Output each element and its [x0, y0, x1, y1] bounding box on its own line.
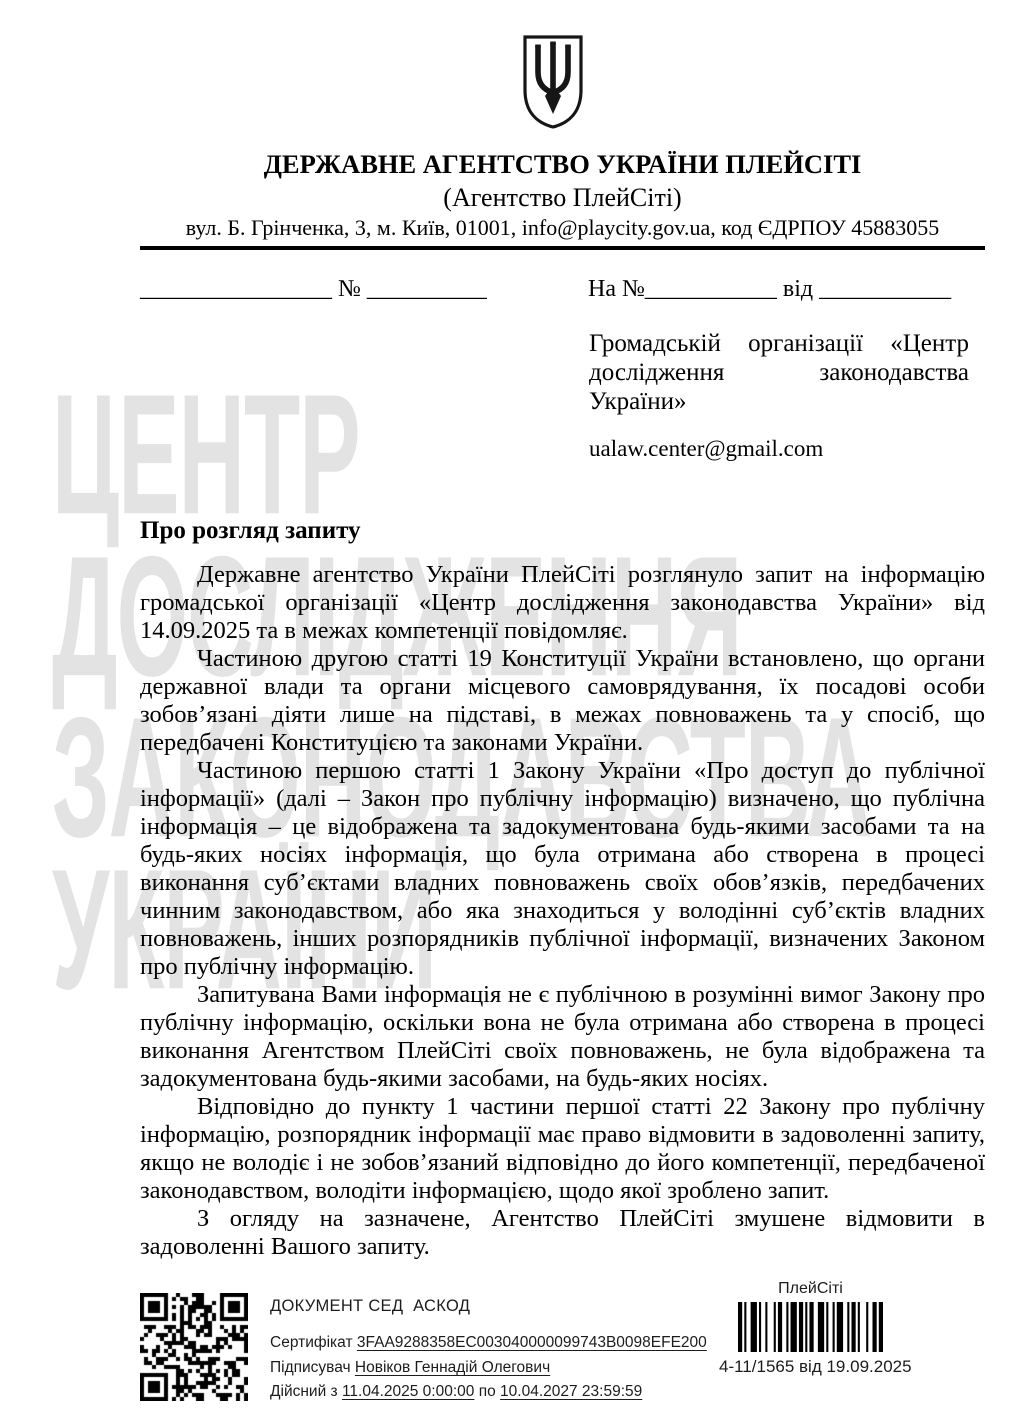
valid-label: Дійсний з [270, 1383, 338, 1400]
valid-to-value: 10.04.2027 23:59:59 [500, 1383, 642, 1400]
paragraph: Частиною другою статті 19 Конституції Ук… [140, 645, 985, 757]
qr-code [140, 1293, 248, 1401]
certificate-label: Сертифікат [270, 1334, 353, 1351]
agency-name: ДЕРЖАВНЕ АГЕНТСТВО УКРАЇНИ ПЛЕЙСІТІ [140, 149, 985, 180]
ukraine-trident-emblem-icon [521, 34, 585, 130]
letter-content: ДЕРЖАВНЕ АГЕНТСТВО УКРАЇНИ ПЛЕЙСІТІ (Аге… [0, 0, 1034, 1418]
document-page: ЦЕНТР ДОСЛІДЖЕННЯ ЗАКОНОДАВСТВА УКРАЇНИ … [0, 0, 1034, 1418]
validity-line: Дійсний з 11.04.2025 0:00:00 по 10.04.20… [270, 1383, 642, 1401]
registration-number: 4-11/1565 від 19.09.2025 [719, 1357, 912, 1377]
header-divider [140, 246, 985, 250]
agency-short-name: (Агентство ПлейСіті) [140, 183, 985, 213]
letter-body: Державне агентство України ПлейСіті розг… [140, 561, 985, 1261]
paragraph: Відповідно до пункту 1 частини першої ст… [140, 1093, 985, 1205]
paragraph: Державне агентство України ПлейСіті розг… [140, 561, 985, 645]
paragraph: Частиною першою статті 1 Закону України … [140, 757, 985, 981]
signer-line: Підписувач Новіков Геннадій Олегович [270, 1359, 550, 1377]
signer-value: Новіков Геннадій Олегович [355, 1359, 550, 1376]
signer-label: Підписувач [270, 1359, 351, 1376]
certificate-value: 3FAA9288358EC003040000099743B0098EFE200 [357, 1334, 707, 1351]
outgoing-reference-blank: ________________ № __________ [140, 276, 487, 303]
incoming-reference-blank: На №___________ від ___________ [588, 276, 951, 303]
recipient-name: Громадській організації «Центр досліджен… [589, 329, 969, 416]
sed-system-label: ДОКУМЕНТ СЕД АСКОД [270, 1297, 470, 1316]
certificate-line: Сертифікат 3FAA9288358EC003040000099743B… [270, 1334, 707, 1352]
recipient-email: ualaw.center@gmail.com [589, 436, 823, 462]
barcode-label: ПлейСіті [738, 1280, 883, 1298]
barcode [738, 1302, 883, 1352]
subject-line: Про розгляд запиту [140, 517, 361, 545]
paragraph: Запитувана Вами інформація не є публічно… [140, 981, 985, 1093]
paragraph: З огляду на зазначене, Агентство ПлейСіт… [140, 1205, 985, 1261]
valid-to-label: по [479, 1383, 496, 1400]
valid-from-value: 11.04.2025 0:00:00 [342, 1383, 474, 1400]
agency-address: вул. Б. Грінченка, 3, м. Київ, 01001, in… [140, 215, 985, 241]
